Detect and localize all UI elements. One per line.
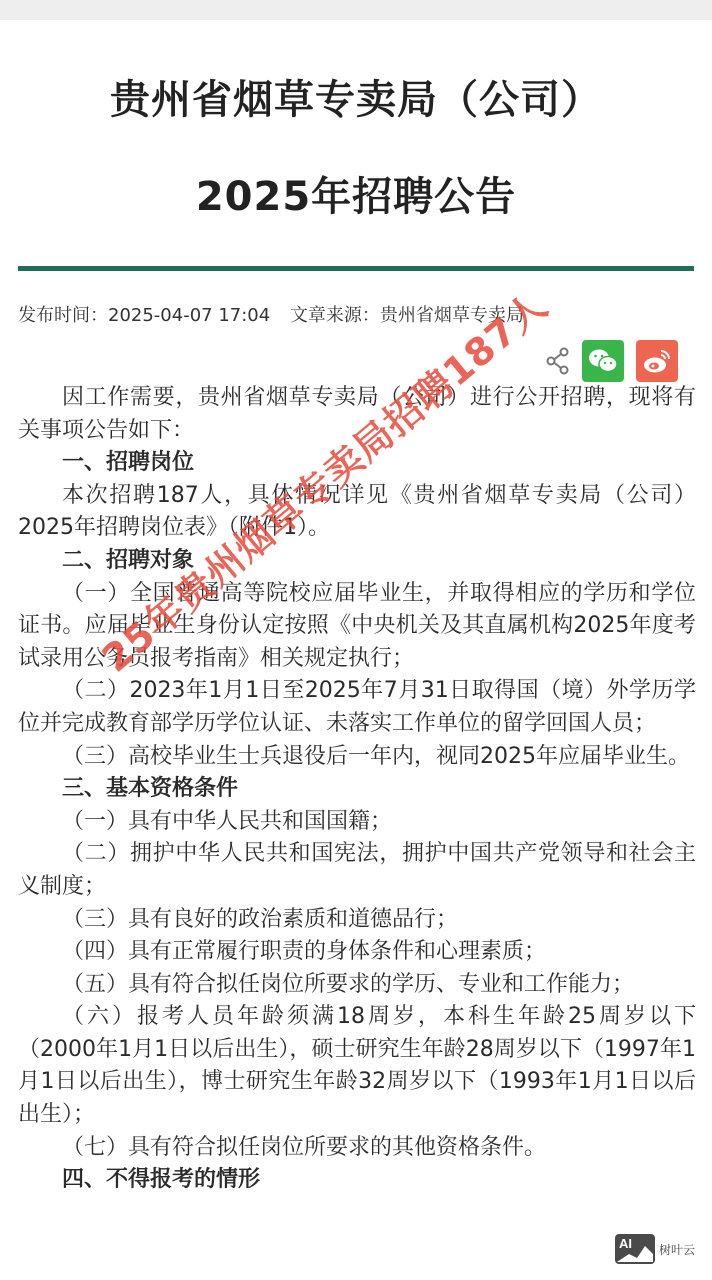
publish-time: 发布时间：2025-04-07 17:04 (18, 305, 270, 326)
section-heading-exclusions: 四、不得报考的情形 (18, 1164, 696, 1197)
page-title-line1: 贵州省烟草专卖局（公司） (0, 68, 712, 125)
top-status-strip (0, 0, 712, 20)
qualification-item-5: （五）具有符合拟任岗位所要求的学历、专业和工作能力； (18, 969, 696, 1002)
targets-item-3: （三）高校毕业生士兵退役后一年内，视同2025年应届毕业生。 (18, 741, 696, 774)
qualification-item-1: （一）具有中华人民共和国国籍； (18, 806, 696, 839)
targets-item-2: （二）2023年1月1日至2025年7月31日取得国（境）外学历学位并完成教育部… (18, 675, 696, 740)
qualification-item-6: （六）报考人员年龄须满18周岁，本科生年龄25周岁以下（2000年1月1日以后出… (18, 1001, 696, 1131)
article-source: 文章来源：贵州省烟草专卖局 (290, 305, 524, 326)
badge-label: 树叶云 (659, 1241, 695, 1258)
wechat-share-button[interactable] (582, 340, 624, 382)
qualification-item-4: （四）具有正常履行职责的身体条件和心理素质； (18, 936, 696, 969)
qualification-item-3: （三）具有良好的政治素质和道德品行； (18, 904, 696, 937)
ai-image-icon: AI (615, 1234, 655, 1264)
section-heading-targets: 二、招聘对象 (18, 545, 696, 578)
intro-paragraph: 因工作需要，贵州省烟草专卖局（公司）进行公开招聘，现将有关事项公告如下： (18, 382, 696, 447)
article-body: 因工作需要，贵州省烟草专卖局（公司）进行公开招聘，现将有关事项公告如下： 一、招… (18, 382, 696, 1197)
section-heading-positions: 一、招聘岗位 (18, 447, 696, 480)
wechat-icon (587, 347, 619, 375)
positions-paragraph: 本次招聘187人，具体情况详见《贵州省烟草专卖局（公司）2025年招聘岗位表》（… (18, 480, 696, 545)
weibo-share-button[interactable] (636, 340, 678, 382)
weibo-icon (641, 347, 673, 375)
article-meta: 发布时间：2025-04-07 17:04 文章来源：贵州省烟草专卖局 (18, 301, 538, 327)
title-divider (18, 266, 694, 271)
page-title-line2: 2025年招聘公告 (0, 165, 712, 222)
qualification-item-2: （二）拥护中华人民共和国宪法，拥护中国共产党领导和社会主义制度； (18, 838, 696, 903)
share-bar (546, 340, 678, 382)
ai-badge: AI 树叶云 (615, 1234, 695, 1264)
targets-item-1: （一）全国普通高等院校应届毕业生，并取得相应的学历和学位证书。应届毕业生身份认定… (18, 578, 696, 676)
section-heading-qualifications: 三、基本资格条件 (18, 773, 696, 806)
qualification-item-7: （七）具有符合拟任岗位所要求的其他资格条件。 (18, 1132, 696, 1165)
share-icon[interactable] (546, 347, 570, 375)
